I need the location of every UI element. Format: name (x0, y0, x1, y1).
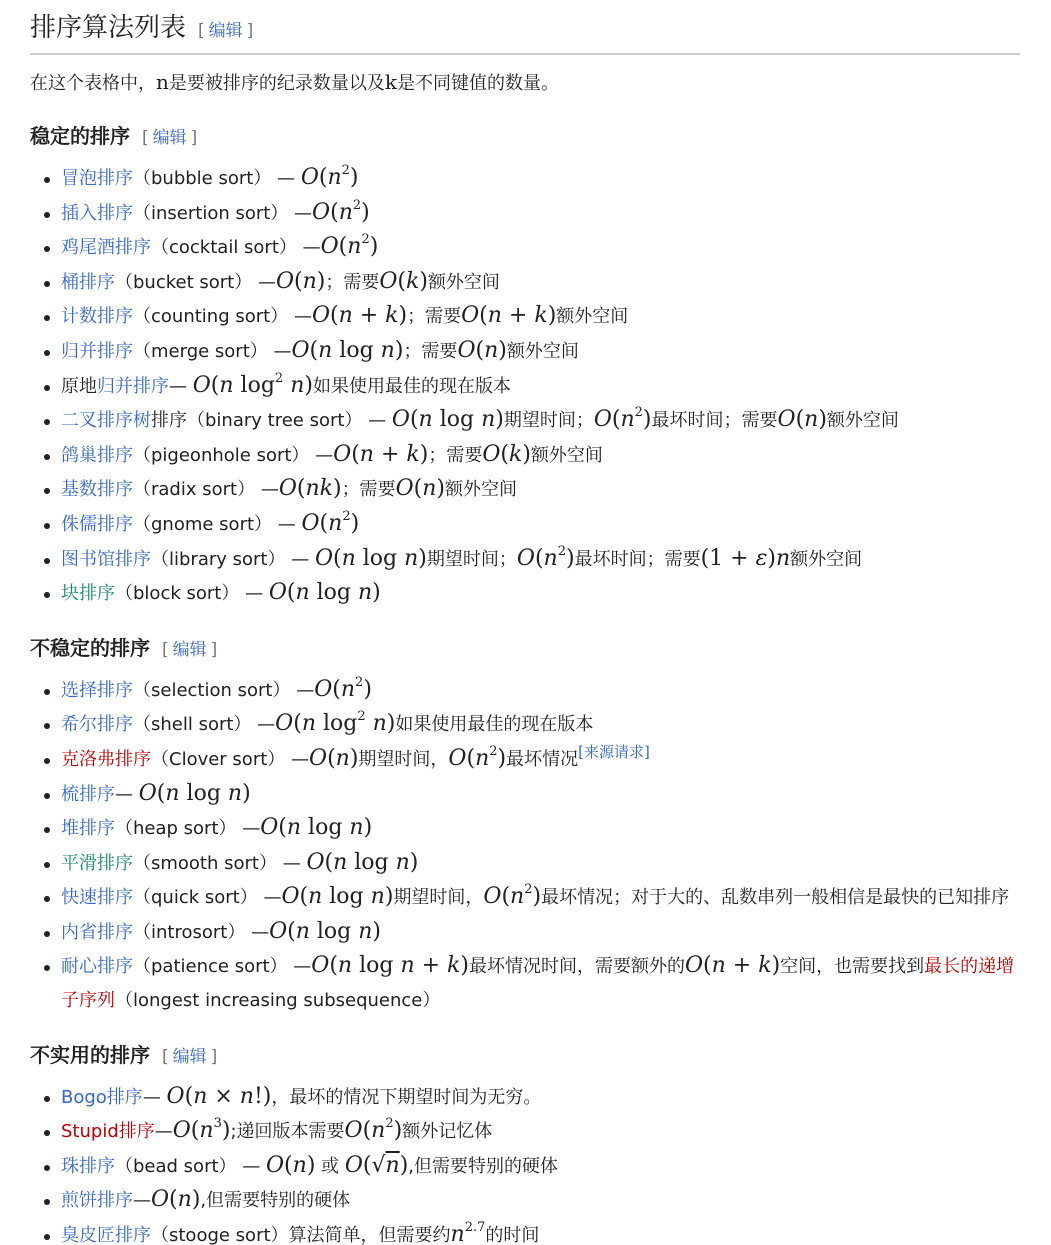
complexity: —O(n log n) (242, 818, 372, 839)
list-item: 珠排序（bead sort） — O(n) 或 O(√n),但需要特别的硬体 (42, 1149, 1021, 1184)
intro-text: 是不同键值的数量。 (397, 73, 559, 94)
article-link[interactable]: 侏儒排序 (61, 514, 133, 535)
article-link[interactable]: 图书馆排序 (61, 549, 151, 570)
math-n: n (156, 70, 169, 94)
article-link[interactable]: 冒泡排序 (61, 168, 133, 189)
list-item: 插入排序（insertion sort） —O(n2) (42, 196, 1021, 231)
complexity: — O(n log n) (283, 853, 419, 874)
complexity: — O(n2) (278, 514, 359, 535)
article-link[interactable]: 插入排序 (61, 203, 133, 224)
article-link[interactable]: 克洛弗排序 (61, 749, 151, 770)
article-link[interactable]: 基数排序 (61, 479, 133, 500)
article-link[interactable]: Bogo排序 (61, 1087, 143, 1108)
complexity: —O(n + k)；需要O(n + k)额外空间 (294, 306, 628, 327)
intro-text: 是要被排序的纪录数量以及 (169, 73, 385, 94)
complexity: —O(n2) (294, 203, 370, 224)
article-link[interactable]: Stupid排序 (61, 1121, 155, 1142)
list-item: 桶排序（bucket sort） —O(n)；需要O(k)额外空间 (42, 265, 1021, 300)
list-item: 鸽巢排序（pigeonhole sort） —O(n + k)；需要O(k)额外… (42, 438, 1021, 473)
english-name: （insertion sort） (133, 203, 288, 224)
list-item: 冒泡排序（bubble sort） — O(n2) (42, 161, 1021, 196)
english-name: （smooth sort） (133, 853, 277, 874)
math-k: k (385, 70, 397, 94)
impractical-sort-list: Bogo排序— O(n × n!)，最坏的情况下期望时间为无穷。 Stupid排… (30, 1080, 1021, 1245)
article-link[interactable]: 耐心排序 (61, 956, 133, 977)
list-item: 耐心排序（patience sort） —O(n log n + k)最坏情况时… (42, 949, 1021, 1017)
list-item: 堆排序（heap sort） —O(n log n) (42, 811, 1021, 846)
complexity: —O(n2) (296, 680, 372, 701)
section-title: 不稳定的排序 (30, 636, 150, 660)
complexity: —O(n log n) (251, 922, 381, 943)
article-link[interactable]: 平滑排序 (61, 853, 133, 874)
english-name: （radix sort） (133, 479, 255, 500)
complexity: — O(n2) (277, 168, 358, 189)
section-heading-stable: 稳定的排序[编辑] (30, 121, 1021, 153)
article-link[interactable]: 归并排序 (61, 341, 133, 362)
edit-link[interactable]: 编辑 (169, 640, 211, 660)
complexity: —O(n),但需要特别的硬体 (133, 1190, 350, 1211)
article-link[interactable]: 煎饼排序 (61, 1190, 133, 1211)
english-name: （binary tree sort） (187, 410, 362, 431)
complexity: — O(n log n)期望时间；O(n2)最坏时间；需要O(n)额外空间 (368, 410, 899, 431)
article-link[interactable]: 希尔排序 (61, 714, 133, 735)
english-name: （gnome sort） (133, 514, 272, 535)
english-name: （longest increasing subsequence） (115, 990, 440, 1011)
list-item: 希尔排序（shell sort） —O(n log2 n)如果使用最佳的现在版本 (42, 707, 1021, 742)
list-item: 基数排序（radix sort） —O(nk)；需要O(n)额外空间 (42, 472, 1021, 507)
unstable-sort-list: 选择排序（selection sort） —O(n2) 希尔排序（shell s… (30, 673, 1021, 1018)
list-item: 梳排序— O(n log n) (42, 777, 1021, 812)
english-name: （introsort） (133, 922, 245, 943)
complexity: —O(n log n)；需要O(n)额外空间 (274, 341, 579, 362)
edit-link[interactable]: 编辑 (205, 21, 247, 41)
complexity: —O(n2) (303, 237, 379, 258)
complexity: —O(n)期望时间，O(n2)最坏情况 (291, 749, 578, 770)
english-name: （library sort） (151, 549, 285, 570)
edit-section-link: [编辑] (198, 21, 253, 41)
article-link[interactable]: 桶排序 (61, 272, 115, 293)
complexity: —O(n log2 n)如果使用最佳的现在版本 (257, 714, 593, 735)
complexity: —O(n log n + k)最坏情况时间，需要额外的O(n + k)空间，也需… (293, 956, 924, 977)
list-item: 原地归并排序— O(n log2 n)如果使用最佳的现在版本 (42, 369, 1021, 404)
list-item: Bogo排序— O(n × n!)，最坏的情况下期望时间为无穷。 (42, 1080, 1021, 1115)
english-name: （stooge sort） (151, 1225, 289, 1245)
complexity: — O(n log n) (115, 784, 251, 805)
complexity: —O(nk)；需要O(n)额外空间 (261, 479, 517, 500)
article-link[interactable]: 臭皮匠排序 (61, 1225, 151, 1245)
list-item: 侏儒排序（gnome sort） — O(n2) (42, 507, 1021, 542)
article-link[interactable]: 快速排序 (61, 887, 133, 908)
complexity: — O(n log n) (245, 583, 381, 604)
prefix-text: 原地 (61, 376, 97, 397)
edit-section-link: [编辑] (142, 128, 197, 148)
article-link[interactable]: 鸡尾酒排序 (61, 237, 151, 258)
english-name: （shell sort） (133, 714, 251, 735)
english-name: （bubble sort） (133, 168, 271, 189)
list-item: 鸡尾酒排序（cocktail sort） —O(n2) (42, 230, 1021, 265)
english-name: （block sort） (115, 583, 239, 604)
english-name: （selection sort） (133, 680, 290, 701)
article-link[interactable]: 归并排序 (97, 376, 169, 397)
section-title: 稳定的排序 (30, 124, 130, 148)
intro-text: 在这个表格中， (30, 73, 156, 94)
english-name: （heap sort） (115, 818, 237, 839)
english-name: （cocktail sort） (151, 237, 297, 258)
list-item: 煎饼排序—O(n),但需要特别的硬体 (42, 1183, 1021, 1218)
list-item: 快速排序（quick sort） —O(n log n)期望时间，O(n2)最坏… (42, 880, 1021, 915)
stable-sort-list: 冒泡排序（bubble sort） — O(n2) 插入排序（insertion… (30, 161, 1021, 611)
list-item: 克洛弗排序（Clover sort） —O(n)期望时间，O(n2)最坏情况[来… (42, 742, 1021, 777)
complexity: — O(n log2 n)如果使用最佳的现在版本 (169, 376, 511, 397)
suffix-text: 排序 (151, 410, 187, 431)
edit-link[interactable]: 编辑 (149, 128, 191, 148)
complexity: —O(n + k)；需要O(k)额外空间 (315, 445, 603, 466)
complexity: —O(n3);递回版本需要O(n2)额外记忆体 (155, 1121, 492, 1142)
section-heading-unstable: 不稳定的排序[编辑] (30, 633, 1021, 665)
english-name: （bead sort） (115, 1156, 237, 1177)
intro-paragraph: 在这个表格中，n是要被排序的纪录数量以及k是不同键值的数量。 (30, 67, 1021, 99)
article-link[interactable]: 块排序 (61, 583, 115, 604)
article-link[interactable]: 珠排序 (61, 1156, 115, 1177)
english-name: （bucket sort） (115, 272, 252, 293)
english-name: （counting sort） (133, 306, 288, 327)
complexity: — O(n log n)期望时间；O(n2)最坏时间；需要(1 + ε)n额外空… (291, 549, 862, 570)
page-title-text: 排序算法列表 (30, 13, 186, 43)
article-link[interactable]: 内省排序 (61, 922, 133, 943)
list-item: 内省排序（introsort） —O(n log n) (42, 915, 1021, 950)
article-link[interactable]: 梳排序 (61, 784, 115, 805)
article-link[interactable]: 二叉排序树 (61, 410, 151, 431)
list-item: 块排序（block sort） — O(n log n) (42, 576, 1021, 611)
article-link[interactable]: 计数排序 (61, 306, 133, 327)
list-item: 平滑排序（smooth sort） — O(n log n) (42, 846, 1021, 881)
list-item: 臭皮匠排序（stooge sort）算法简单，但需要约n2.7的时间 (42, 1218, 1021, 1245)
english-name: （merge sort） (133, 341, 268, 362)
article: 排序算法列表[编辑] 在这个表格中，n是要被排序的纪录数量以及k是不同键值的数量… (0, 0, 1051, 1245)
page-title: 排序算法列表[编辑] (30, 8, 1020, 55)
complexity: —O(n log n)期望时间，O(n2)最坏情况；对于大的、乱数串列一般相信是… (263, 887, 1009, 908)
english-name: （patience sort） (133, 956, 288, 977)
list-item: 计数排序（counting sort） —O(n + k)；需要O(n + k)… (42, 299, 1021, 334)
list-item: 图书馆排序（library sort） — O(n log n)期望时间；O(n… (42, 542, 1021, 577)
english-name: （Clover sort） (151, 749, 285, 770)
citation-needed-link[interactable]: [来源请求] (578, 743, 650, 761)
list-item: Stupid排序—O(n3);递回版本需要O(n2)额外记忆体 (42, 1114, 1021, 1149)
complexity: — O(n) 或 O(√n),但需要特别的硬体 (242, 1156, 558, 1177)
edit-section-link: [编辑] (162, 640, 217, 660)
list-item: 选择排序（selection sort） —O(n2) (42, 673, 1021, 708)
section-title: 不实用的排序 (30, 1043, 150, 1067)
complexity: 算法简单，但需要约n2.7的时间 (289, 1225, 540, 1245)
edit-link[interactable]: 编辑 (169, 1047, 211, 1067)
complexity: —O(n)；需要O(k)额外空间 (258, 272, 500, 293)
article-link[interactable]: 选择排序 (61, 680, 133, 701)
edit-section-link: [编辑] (162, 1047, 217, 1067)
article-link[interactable]: 堆排序 (61, 818, 115, 839)
english-name: （quick sort） (133, 887, 258, 908)
complexity: — O(n × n!)，最坏的情况下期望时间为无穷。 (143, 1087, 542, 1108)
list-item: 归并排序（merge sort） —O(n log n)；需要O(n)额外空间 (42, 334, 1021, 369)
list-item: 二叉排序树排序（binary tree sort） — O(n log n)期望… (42, 403, 1021, 438)
section-heading-impractical: 不实用的排序[编辑] (30, 1040, 1021, 1072)
english-name: （pigeonhole sort） (133, 445, 309, 466)
article-link[interactable]: 鸽巢排序 (61, 445, 133, 466)
